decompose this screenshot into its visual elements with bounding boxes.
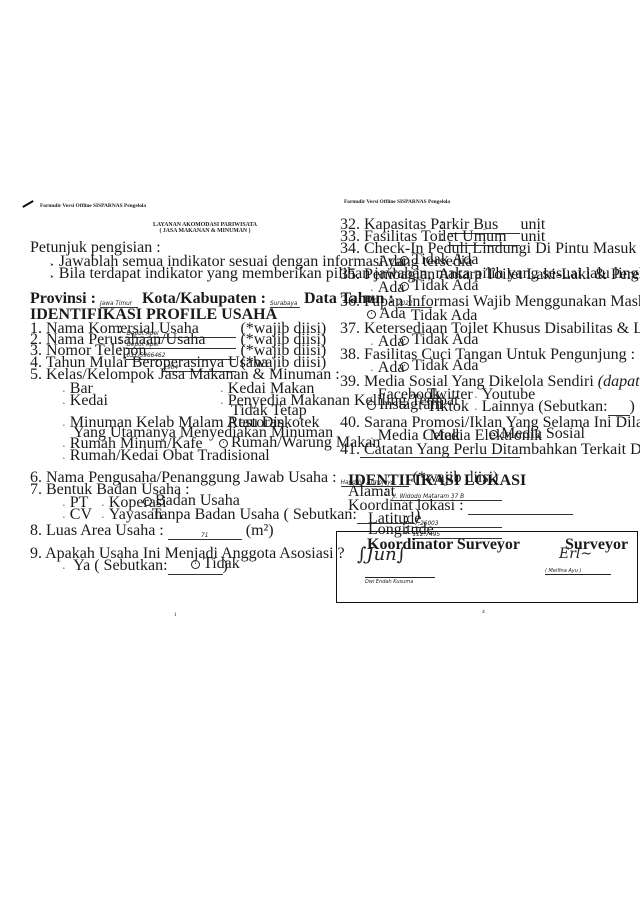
q39-lainnya-label: Lainnya (Sebutkan: [475,398,608,415]
surveyor-name: ( Meifina Ayu ) [545,568,611,575]
kota-label: Kota/Kabupaten : [142,290,266,307]
selected-circle-icon [367,310,376,319]
q8-unit: (m²) [246,522,274,539]
selected-circle-icon [400,256,409,265]
title-line-2: ( JASA MAKANAN & MINUMAN ) [130,228,280,234]
q5-option-restoran[interactable]: Restoran [221,414,285,432]
koordinator-signature: ∫Jun∫ [357,544,406,565]
q8-label: 8. Luas Area Usaha : [30,522,164,539]
selected-circle-icon [400,282,409,291]
pen-mark [22,200,33,208]
q8-row: 8. Luas Area Usaha : 71 (m²) [30,522,274,540]
q38-tidak-label: Tidak Ada [412,357,479,374]
selected-circle-icon [489,430,498,439]
selected-circle-icon [400,362,409,371]
form-header-page1: Formulir Versi Offline SISPARNAS Pengelo… [40,203,146,209]
page-number-4: 4 [482,609,485,615]
page-number-1: 1 [174,612,177,618]
q7-tanpa-label: Tanpa Badan Usaha ( Sebutkan: [145,506,357,523]
q41-field[interactable]: - [360,451,520,458]
surveyor-signature: Erl~ [559,546,592,562]
q9-option-tidak[interactable]: Tidak [191,555,240,573]
koordinator-name: Dwi Endah Kusuma [365,579,413,585]
page1-title: LAYANAN AKOMODASI PARIWISATA ( JASA MAKA… [130,222,280,234]
q8-field[interactable]: 71 [168,533,242,540]
selected-circle-icon [143,497,152,506]
form-header-page4: Formulir Versi Offline SISPARNAS Pengelo… [344,199,450,205]
signature-box: Koordinator Surveyor ∫Jun∫ Dwi Endah Kus… [336,531,638,603]
selected-circle-icon [219,439,228,448]
q5-option-kedai[interactable]: Kedai [63,392,108,410]
provinsi-label: Provinsi : [30,290,96,307]
selected-circle-icon [191,560,200,569]
q9-ya-label: Ya ( Sebutkan: [73,557,167,574]
q39-note: (dapat diisi lebih dari 1 jawaban): [598,373,640,390]
q9-tidak-label: Tidak [203,555,240,572]
selected-circle-icon [400,336,409,345]
q9-ya-field[interactable] [168,574,223,575]
q40-sosial-label: Media Sosial [501,425,585,442]
q35-tidak-label: Tidak Ada [412,277,479,294]
selected-circle-icon [367,401,376,410]
koordinator-sign-line [365,577,435,578]
